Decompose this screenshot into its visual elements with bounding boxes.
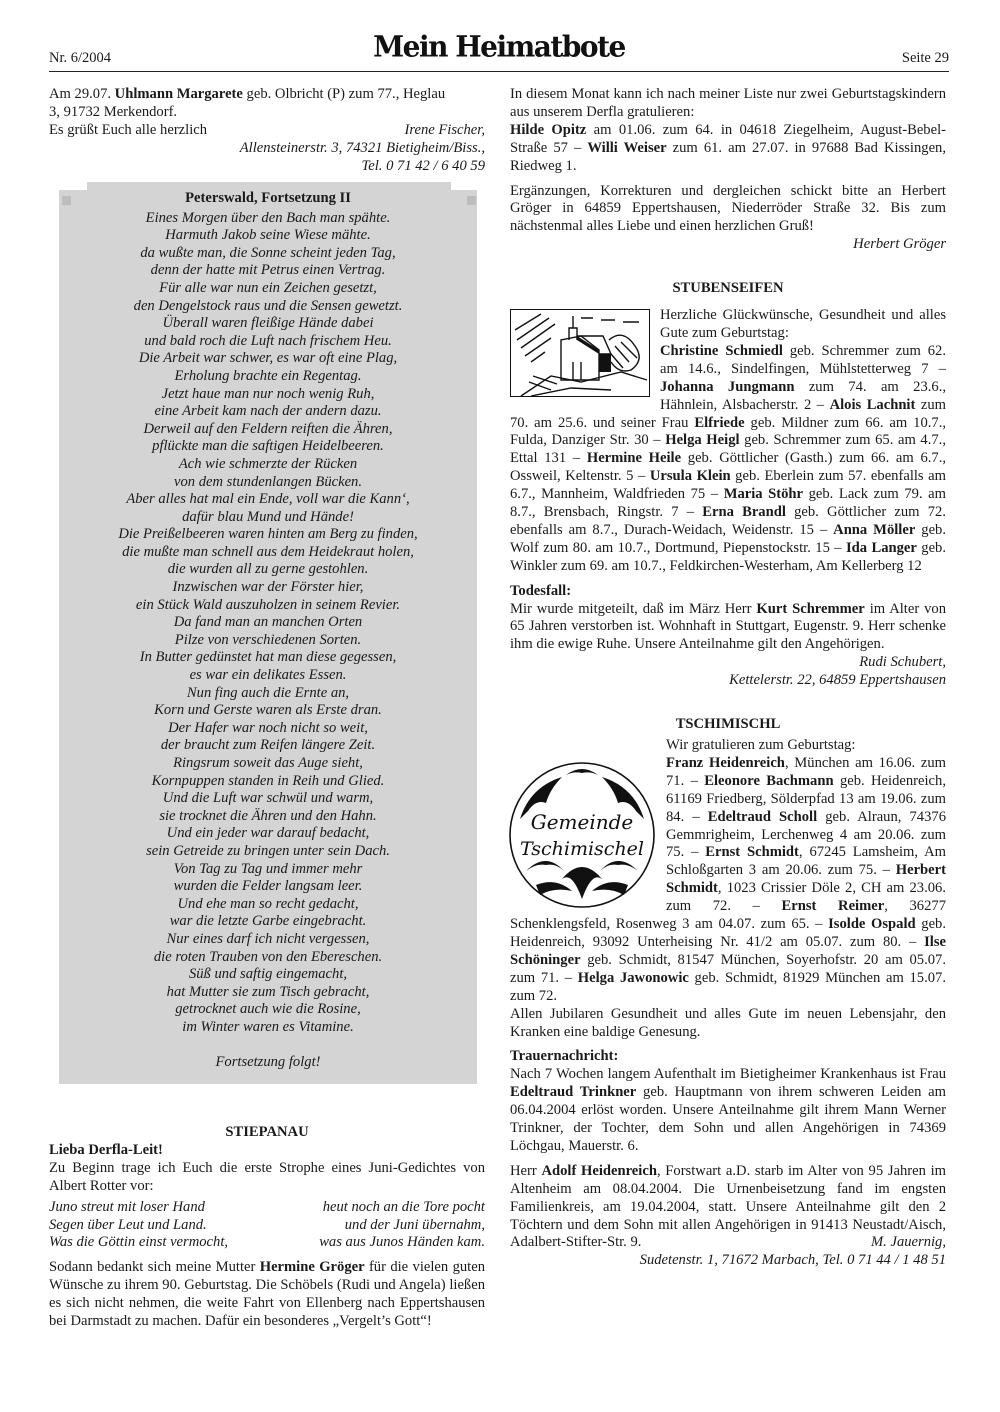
poem-line: eine Arbeit kam nach der andern dazu. xyxy=(59,403,477,421)
poem-line: und bald roch die Luft nach frischem Heu… xyxy=(59,333,477,351)
community-emblem: Gemeinde Tschimischel xyxy=(506,759,658,909)
poem-line: Jetzt haue man nur noch wenig Ruh, xyxy=(59,386,477,404)
person-name: Edeltraud Scholl xyxy=(708,809,817,825)
poem-peterswald: Peterswald, Fortsetzung II Eines Morgen … xyxy=(59,190,477,1071)
page-header: Nr. 6/2004 Mein Heimatbote Seite 29 xyxy=(49,26,949,70)
poem-line: Derweil auf den Feldern reiften die Ähre… xyxy=(59,421,477,439)
poem-line: Und ein jeder war darauf bedacht, xyxy=(59,825,477,843)
poem-line: war die letzte Garbe eingebracht. xyxy=(59,913,477,931)
stanza-line: was aus Junos Händen kam. xyxy=(299,1234,485,1252)
stanza-line: Was die Göttin einst vermocht, xyxy=(49,1234,299,1252)
person-name: Hermine Heile xyxy=(587,450,681,466)
poem-line: Da fand man an manchen Orten xyxy=(59,614,477,632)
poem-line: die wurden all zu gerne gestohlen. xyxy=(59,561,477,579)
stanza-left: Juno streut mit loser HandSegen über Leu… xyxy=(49,1199,299,1253)
person-name: Ernst Reimer xyxy=(782,898,885,914)
signature-phone: Tel. 0 71 42 / 6 40 59 xyxy=(49,158,485,176)
wishes-paragraph: Allen Jubilaren Gesundheit und alles Gut… xyxy=(510,1006,946,1042)
mourning-heading: Trauernachricht: xyxy=(510,1048,946,1066)
poem-line: Die Preißelbeeren waren hinten am Berg z… xyxy=(59,526,477,544)
person-name: Ernst Schmidt xyxy=(705,844,799,860)
poem-line: Korn und Gerste waren als Erste dran. xyxy=(59,702,477,720)
poem-line: Und die Luft war schwül und warm, xyxy=(59,790,477,808)
poem-line: Ach wie schmerzte der Rücken xyxy=(59,456,477,474)
poem-continuation-note: Fortsetzung folgt! xyxy=(59,1054,477,1072)
stanza-line: Segen über Leut und Land. xyxy=(49,1217,299,1235)
poem-line: die roten Trauben von den Ebereschen. xyxy=(59,949,477,967)
church-drawing-icon xyxy=(511,310,649,396)
person-name: Helga Heigl xyxy=(665,432,739,448)
person-name: Ida Langer xyxy=(846,540,917,556)
poem-line: da wußte man, die Sonne scheint jeden Ta… xyxy=(59,245,477,263)
section-stiepanau: STIEPANAU Lieba Derfla-Leit! Zu Beginn t… xyxy=(49,1124,485,1331)
birthday-entry: Am 29.07. Uhlmann Margarete geb. Olbrich… xyxy=(49,86,485,104)
person-name: Isolde Ospald xyxy=(828,916,916,932)
poem-line: hat Mutter sie zum Tisch gebracht, xyxy=(59,984,477,1002)
svg-text:Gemeinde: Gemeinde xyxy=(531,810,634,834)
stanza-right: heut noch an die Tore pochtund der Juni … xyxy=(299,1199,485,1253)
section-title: STIEPANAU xyxy=(49,1124,485,1142)
left-column-intro: Am 29.07. Uhlmann Margarete geb. Olbrich… xyxy=(49,86,485,176)
poem-line: die mußte man schnell aus dem Heidekraut… xyxy=(59,544,477,562)
poem-line: In Butter gedünstet hat man diese gegess… xyxy=(59,649,477,667)
person-name: Ursula Klein xyxy=(650,468,731,484)
poem-line: sie trocknet die Ähren und den Hahn. xyxy=(59,808,477,826)
salutation: Lieba Derfla-Leit! xyxy=(49,1142,485,1160)
poem-lines: Eines Morgen über den Bach man spähte.Ha… xyxy=(59,210,477,1037)
poem-line: von dem stundenlangen Bücken. xyxy=(59,474,477,492)
person-name: Johanna Jungmann xyxy=(660,379,794,395)
emblem-seal-icon: Gemeinde Tschimischel xyxy=(506,759,658,909)
poem-line: Nur eines darf ich nicht vergessen, xyxy=(59,931,477,949)
poem-line: Eines Morgen über den Bach man spähte. xyxy=(59,210,477,228)
person-name: Helga Jawonowic xyxy=(578,970,689,986)
stanza-line: heut noch an die Tore pocht xyxy=(299,1199,485,1217)
poem-line: Erholung brachte ein Regentag. xyxy=(59,368,477,386)
poem-line: den Dengelstock raus und die Sensen gewe… xyxy=(59,298,477,316)
signature-name: Irene Fischer, xyxy=(404,122,485,140)
signature-address: Allensteinerstr. 3, 74321 Bietigheim/Bis… xyxy=(49,140,485,158)
right-column: In diesem Monat kann ich nach meiner Lis… xyxy=(510,86,946,1270)
person-name: Alois Lachnit xyxy=(830,397,916,413)
masthead-logo: Mein Heimatbote xyxy=(49,29,949,64)
birthday-paragraph: Hilde Opitz am 01.06. zum 64. in 04618 Z… xyxy=(510,122,946,176)
death-notice: Mir wurde mitgeteilt, daß im März Herr K… xyxy=(510,601,946,655)
poem-line: Inzwischen war der Förster hier, xyxy=(59,579,477,597)
section-title-stubenseifen: STUBENSEIFEN xyxy=(510,280,946,298)
person-name: Elfriede xyxy=(694,415,744,431)
stanza-line: Juno streut mit loser Hand xyxy=(49,1199,299,1217)
stanza-line: und der Juni übernahm, xyxy=(299,1217,485,1235)
header-rule xyxy=(49,71,949,72)
person-name: Eleonore Bachmann xyxy=(704,773,833,789)
poem-line: ein Stück Wald auszuholzen in seinem Rev… xyxy=(59,597,477,615)
poem-line: Und ehe man so recht gedacht, xyxy=(59,896,477,914)
person-name: Erna Brandl xyxy=(702,504,786,520)
signature-address: Kettelerstr. 22, 64859 Eppertshausen xyxy=(510,672,946,690)
death-heading: Todesfall: xyxy=(510,583,946,601)
poem-line: pflückte man die saftigen Heidelbeeren. xyxy=(59,438,477,456)
poem-line: Pilze von verschiedenen Sorten. xyxy=(59,632,477,650)
newspaper-page: Nr. 6/2004 Mein Heimatbote Seite 29 Am 2… xyxy=(0,0,1000,1412)
death-notice: Herr Adolf Heidenreich, Forstwart a.D. s… xyxy=(510,1163,946,1253)
contact-paragraph: Ergänzungen, Korrekturen und dergleichen… xyxy=(510,183,946,237)
poem-line: es war ein delikates Essen. xyxy=(59,667,477,685)
page-number: Seite 29 xyxy=(902,50,949,67)
poem-line: getrocknet auch wie die Rosine, xyxy=(59,1001,477,1019)
poem-title: Peterswald, Fortsetzung II xyxy=(59,190,477,208)
poem-line: der braucht zum Reifen längere Zeit. xyxy=(59,737,477,755)
person-name: Christine Schmiedl xyxy=(660,343,783,359)
poem-line: Nun fing auch die Ernte an, xyxy=(59,685,477,703)
poem-line: Überall waren fleißige Hände dabei xyxy=(59,315,477,333)
person-name: Maria Stöhr xyxy=(724,486,803,502)
poem-line: Der Hafer war noch nicht so weit, xyxy=(59,720,477,738)
poem-line: Süß und saftig eingemacht, xyxy=(59,966,477,984)
section-title-tschimischl: TSCHIMISCHL xyxy=(510,716,946,734)
poem-line: Ringsrum soweit das Auge sieht, xyxy=(59,755,477,773)
greeting-line: Es grüßt Euch alle herzlich Irene Fische… xyxy=(49,122,485,140)
poem-line: Kornpuppen standen in Reih und Glied. xyxy=(59,773,477,791)
signature-name: Rudi Schubert, xyxy=(510,654,946,672)
person-name: Franz Heidenreich xyxy=(666,755,785,771)
person-name: Anna Möller xyxy=(833,522,915,538)
signature: Herbert Gröger xyxy=(510,236,946,254)
thanks-paragraph: Sodann bedankt sich meine Mutter Hermine… xyxy=(49,1259,485,1331)
signature-name: M. Jauernig, xyxy=(871,1234,946,1252)
poem-line: sein Getreide zu bringen unter sein Dach… xyxy=(59,843,477,861)
svg-text:Tschimischel: Tschimischel xyxy=(520,838,644,860)
signature-address: Sudetenstr. 1, 71672 Marbach, Tel. 0 71 … xyxy=(510,1252,946,1270)
address-line: 3, 91732 Merkendorf. xyxy=(49,104,485,122)
greeting-paragraph: Wir gratulieren zum Geburtstag: xyxy=(510,737,946,755)
poem-line: Aber alles hat mal ein Ende, voll war di… xyxy=(59,491,477,509)
poem-line: im Winter waren es Vitamine. xyxy=(59,1019,477,1037)
intro-paragraph: In diesem Monat kann ich nach meiner Lis… xyxy=(510,86,946,122)
poem-line: Von Tag zu Tag und immer mehr xyxy=(59,861,477,879)
poem-line: Die Arbeit war schwer, es war oft eine P… xyxy=(59,350,477,368)
mourning-notice: Nach 7 Wochen langem Aufenthalt im Bieti… xyxy=(510,1066,946,1156)
intro-paragraph: Zu Beginn trage ich Euch die erste Strop… xyxy=(49,1160,485,1196)
poem-line: Harmuth Jakob seine Wiese mähte. xyxy=(59,227,477,245)
poem-stanza: Juno streut mit loser HandSegen über Leu… xyxy=(49,1199,485,1253)
poem-line: wurden die Felder langsam leer. xyxy=(59,878,477,896)
poem-line: dafür blau Mund und Hände! xyxy=(59,509,477,527)
poem-line: denn der hatte mit Petrus einen Vertrag. xyxy=(59,262,477,280)
church-illustration xyxy=(510,309,650,397)
poem-line: Für alle war nun ein Zeichen gesetzt, xyxy=(59,280,477,298)
